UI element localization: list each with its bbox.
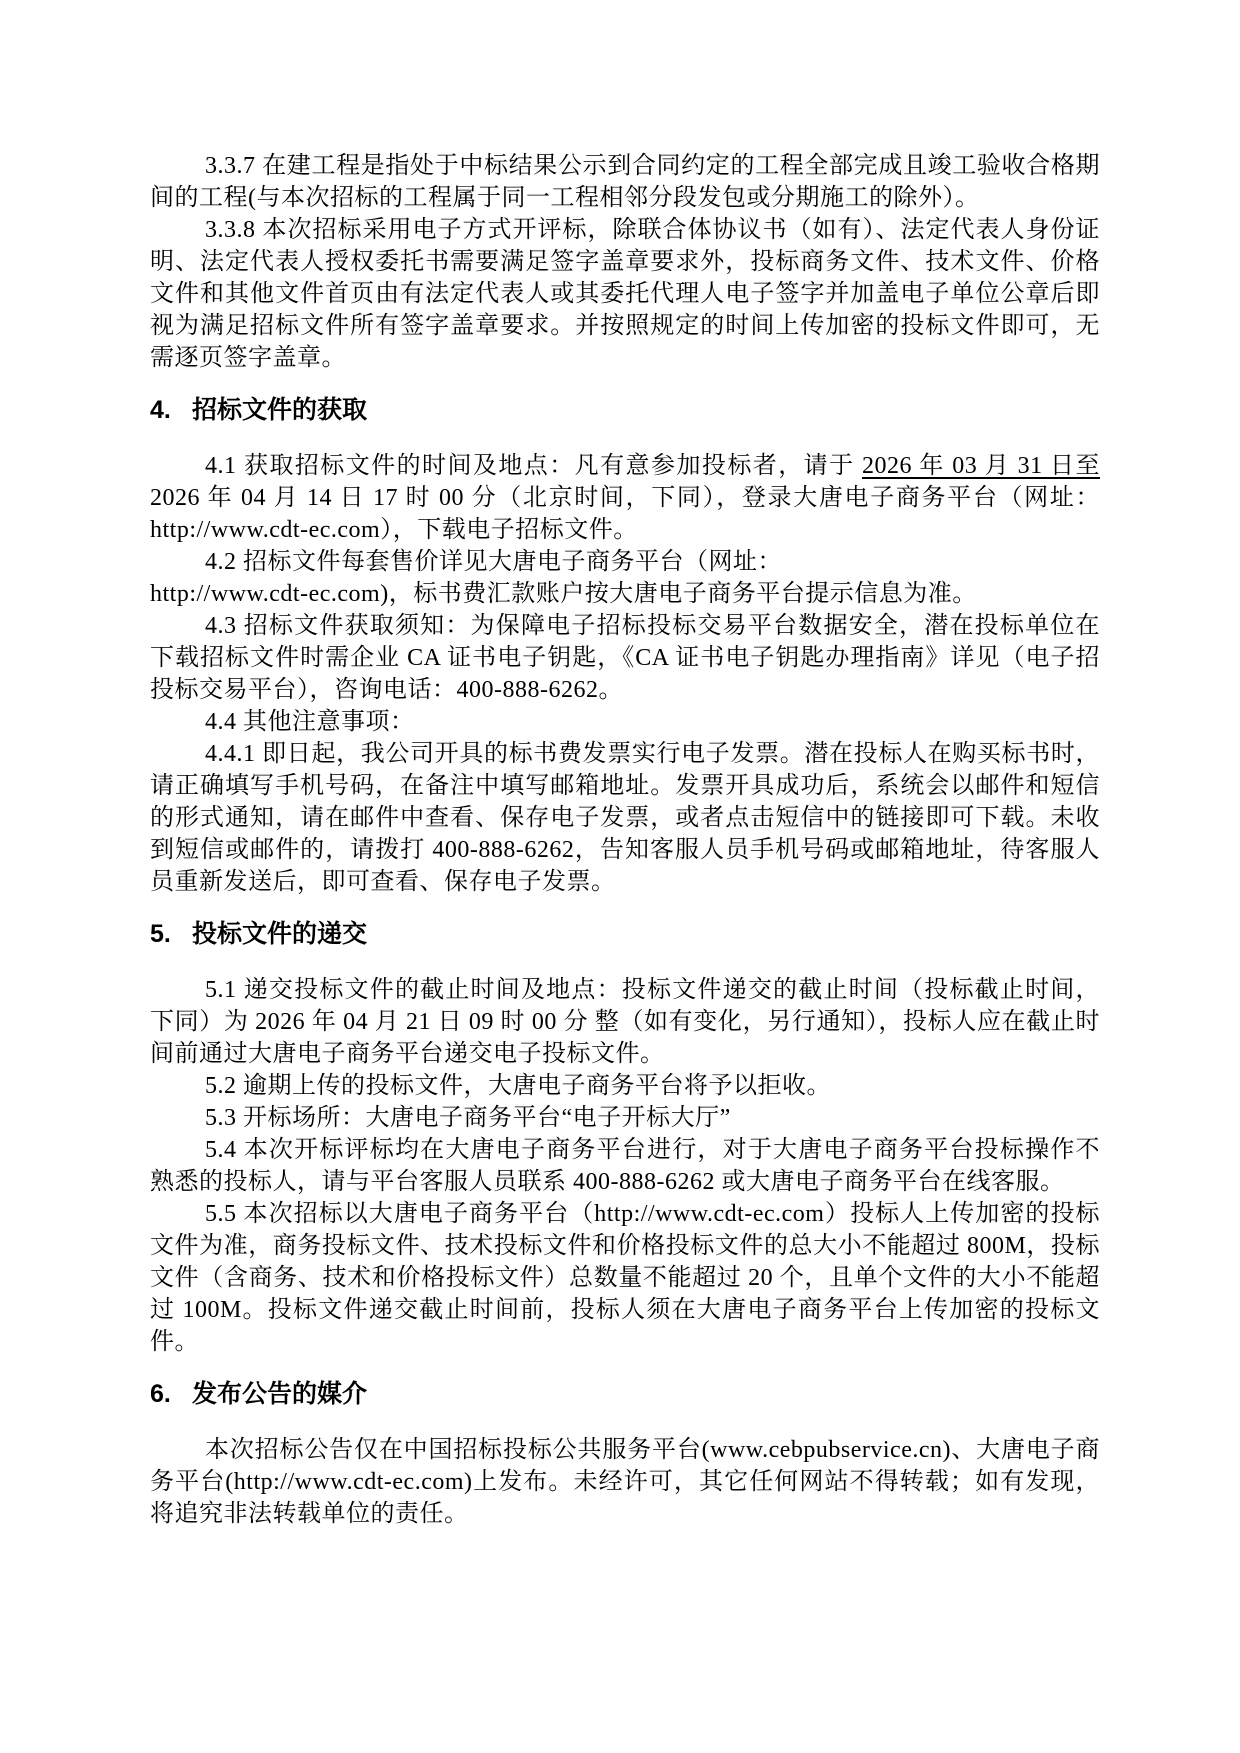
paragraph-6-text-start: 本次招标公告仅在中国招标投标公共服务平台( [205, 1437, 710, 1463]
paragraph-4-2-text-start: 4.2 招标文件每套售价详见大唐电子商务平台（网址： [205, 549, 782, 575]
section-4-heading-title: 招标文件的获取 [192, 396, 367, 424]
paragraph-4-4: 4.4 其他注意事项： [150, 706, 1100, 738]
section-5-heading-number: 5. [150, 918, 192, 950]
section-4-heading: 4.招标文件的获取 [150, 394, 1100, 426]
paragraph-3-3-7: 3.3.7 在建工程是指处于中标结果公示到合同约定的工程全部完成且竣工验收合格期… [150, 150, 1100, 214]
paragraph-5-1: 5.1 递交投标文件的截止时间及地点：投标文件递交的截止时间（投标截止时间，下同… [150, 974, 1100, 1070]
paragraph-4-1-text-middle: 2026 年 04 月 14 日 17 时 00 分（北京时间，下同），登录大唐… [150, 485, 1100, 511]
paragraph-5-5: 5.5 本次招标以大唐电子商务平台（http://www.cdt-ec.com）… [150, 1198, 1100, 1358]
paragraph-4-3: 4.3 招标文件获取须知：为保障电子招标投标交易平台数据安全，潜在投标单位在下载… [150, 610, 1100, 706]
document-content: 3.3.7 在建工程是指处于中标结果公示到合同约定的工程全部完成且竣工验收合格期… [150, 150, 1100, 1530]
paragraph-5-3: 5.3 开标场所：大唐电子商务平台“电子开标大厅” [150, 1102, 1100, 1134]
paragraph-4-1-text-end: ），下载电子招标文件。 [380, 517, 638, 543]
paragraph-5-4: 5.4 本次开标评标均在大唐电子商务平台进行，对于大唐电子商务平台投标操作不熟悉… [150, 1134, 1100, 1198]
paragraph-4-1-url: http://www.cdt-ec.com [150, 517, 380, 543]
paragraph-4-1-text-start: 4.1 获取招标文件的时间及地点：凡有意参加投标者，请于 [205, 453, 862, 479]
section-6-heading: 6.发布公告的媒介 [150, 1378, 1100, 1410]
paragraph-5-5-text-start: 5.5 本次招标以大唐电子商务平台（ [205, 1201, 594, 1227]
paragraph-4-4-1: 4.4.1 即日起，我公司开具的标书费发票实行电子发票。潜在投标人在购买标书时，… [150, 738, 1100, 898]
paragraph-4-2: 4.2 招标文件每套售价详见大唐电子商务平台（网址：http://www.cdt… [150, 546, 1100, 610]
document-page: 3.3.7 在建工程是指处于中标结果公示到合同约定的工程全部完成且竣工验收合格期… [0, 0, 1240, 1753]
paragraph-3-3-8: 3.3.8 本次招标采用电子方式开评标，除联合体协议书（如有）、法定代表人身份证… [150, 214, 1100, 374]
section-4-heading-number: 4. [150, 394, 192, 426]
paragraph-4-1: 4.1 获取招标文件的时间及地点：凡有意参加投标者，请于 2026 年 03 月… [150, 450, 1100, 546]
paragraph-6-url-cebpubservice: www.cebpubservice.cn [710, 1437, 942, 1463]
paragraph-4-2-text-end: )，标书费汇款账户按大唐电子商务平台提示信息为准。 [380, 581, 977, 607]
paragraph-6-body: 本次招标公告仅在中国招标投标公共服务平台(www.cebpubservice.c… [150, 1434, 1100, 1530]
section-5-heading: 5.投标文件的递交 [150, 918, 1100, 950]
paragraph-4-2-url: http://www.cdt-ec.com [150, 581, 380, 607]
section-6-heading-title: 发布公告的媒介 [192, 1380, 367, 1408]
section-5-heading-title: 投标文件的递交 [192, 920, 367, 948]
paragraph-6-url-cdt-ec: http://www.cdt-ec.com [234, 1469, 464, 1495]
paragraph-5-5-url: http://www.cdt-ec.com [594, 1201, 824, 1227]
paragraph-5-2: 5.2 逾期上传的投标文件，大唐电子商务平台将予以拒收。 [150, 1070, 1100, 1102]
section-6-heading-number: 6. [150, 1378, 192, 1410]
paragraph-4-1-underlined-date-range: 2026 年 03 月 31 日至 [862, 453, 1100, 479]
